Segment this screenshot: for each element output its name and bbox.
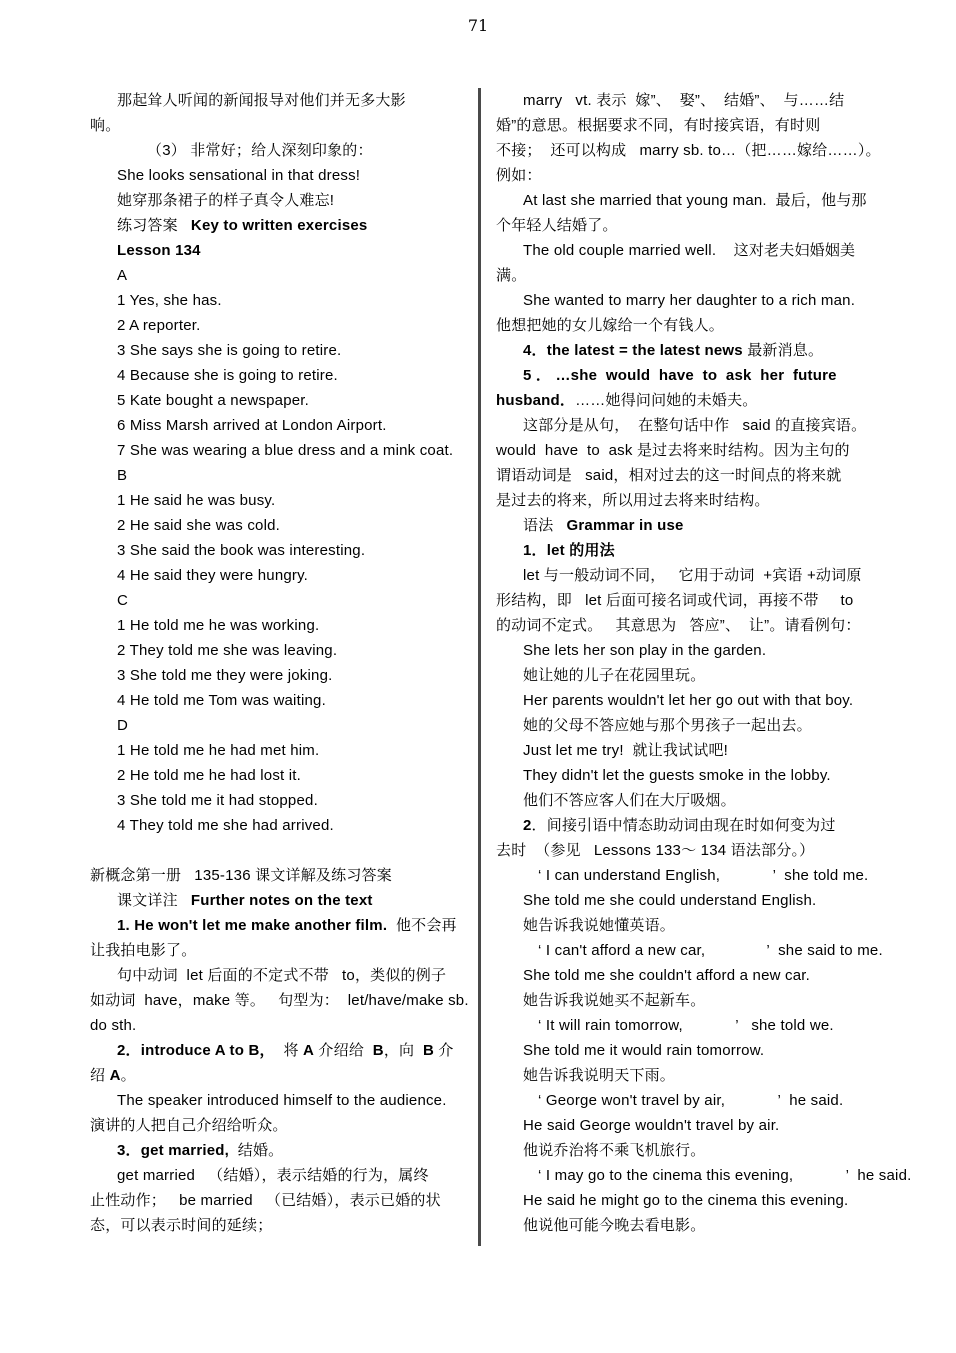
text-segment: 介绍给 [314, 1042, 373, 1059]
text-segment: 2 They told me she was leaving. [117, 642, 337, 659]
text-segment: let 与一般动词不同， 它用于动词 +宾语 +动词原 [523, 567, 862, 584]
text-segment: ，向 [384, 1042, 423, 1059]
text-segment-bold: 3．get married, [117, 1142, 229, 1159]
text-segment: 新概念第一册 135-136 课文详解及练习答案 [90, 867, 392, 884]
text-segment: 她让她的儿子在花园里玩。 [523, 667, 705, 684]
text-segment: 1 He said he was busy. [117, 492, 275, 509]
text-segment: 的动词不定式。 其意思为 答应”、 让”。请看例句： [496, 617, 861, 634]
text-segment: 去时 （参见 Lessons 133～ 134 语法部分。） [496, 842, 814, 859]
text-segment: 句中动词 let 后面的不定式不带 to，类似的例子 [117, 967, 446, 984]
text-segment: 1 Yes, she has. [117, 292, 222, 309]
text-line: 1. He won't let me make another film. 他不… [90, 913, 476, 938]
text-line: She wanted to marry her daughter to a ri… [496, 288, 946, 313]
text-segment-bold: Lesson 134 [117, 242, 201, 259]
text-segment: He said George wouldn't travel by air. [523, 1117, 779, 1134]
text-segment: 4 He told me Tom was waiting. [117, 692, 326, 709]
text-line: ‘ I can understand English, ’ she told m… [496, 863, 946, 888]
text-segment: 最新消息。 [743, 342, 823, 359]
text-segment: He said he might go to the cinema this e… [523, 1192, 848, 1209]
text-segment: 个年轻人结婚了。 [496, 217, 618, 234]
text-line: He said George wouldn't travel by air. [496, 1113, 946, 1138]
text-segment: get married （结婚），表示结婚的行为，属终 [117, 1167, 429, 1184]
text-line: 他想把她的女儿嫁给一个有钱人。 [496, 313, 946, 338]
text-line: 他说乔治将不乘飞机旅行。 [496, 1138, 946, 1163]
text-segment: ‘ I can't afford a new car, ’ she said t… [538, 942, 883, 959]
text-segment-bold: B [373, 1042, 384, 1059]
text-line: At last she married that young man. 最后，他… [496, 188, 946, 213]
text-line: ‘ It will rain tomorrow, ’ she told we. [496, 1013, 946, 1038]
text-line: 是过去的将来，所以用过去将来时结构。 [496, 488, 946, 513]
text-segment: 课文详注 [117, 892, 191, 909]
text-segment: 止性动作； be married （已结婚），表示已婚的状 [90, 1192, 441, 1209]
text-line: 2 He told me he had lost it. [90, 763, 476, 788]
text-line [90, 838, 476, 863]
text-line: 态，可以表示时间的延续； [90, 1213, 476, 1238]
page-content: 那起耸人听闻的新闻报导对他们并无多大影响。（3） 非常好；给人深刻印象的：She… [90, 88, 946, 1246]
text-segment: D [117, 717, 128, 734]
text-segment: 是过去的将来，所以用过去将来时结构。 [496, 492, 770, 509]
text-segment: 3 She told me they were joking. [117, 667, 332, 684]
text-line: The speaker introduced himself to the au… [90, 1088, 476, 1113]
text-segment: 他不会再 [387, 917, 457, 934]
text-segment: 她穿那条裙子的样子真令人难忘! [117, 192, 334, 209]
text-line: 止性动作； be married （已结婚），表示已婚的状 [90, 1188, 476, 1213]
text-segment: 这部分是从句， 在整句话中作 said 的直接宾语。 [523, 417, 866, 434]
text-segment: 她的父母不答应她与那个男孩子一起出去。 [523, 717, 812, 734]
text-line: 2 He said she was cold. [90, 513, 476, 538]
text-line: She told me she couldn't afford a new ca… [496, 963, 946, 988]
text-segment-bold: 2．introduce A to B， [117, 1042, 275, 1059]
text-line: 1 He told me he was working. [90, 613, 476, 638]
text-line: A [90, 263, 476, 288]
text-line: would have to ask 是过去将来时结构。因为主句的 [496, 438, 946, 463]
text-segment: 1 He told me he had met him. [117, 742, 319, 759]
text-line: She lets her son play in the garden. [496, 638, 946, 663]
text-segment: A [117, 267, 127, 284]
text-segment: C [117, 592, 128, 609]
text-line: 她告诉我说她懂英语。 [496, 913, 946, 938]
text-segment: 1 He told me he was working. [117, 617, 319, 634]
text-segment: 绍 [90, 1067, 110, 1084]
text-segment: do sth. [90, 1017, 136, 1034]
text-line: 6 Miss Marsh arrived at London Airport. [90, 413, 476, 438]
text-line: 1．let 的用法 [496, 538, 946, 563]
text-segment: 婚”的意思。根据要求不同，有时接宾语，有时则 [496, 117, 820, 134]
text-segment-bold: Further notes on the text [191, 892, 373, 909]
text-segment: would have to ask 是过去将来时结构。因为主句的 [496, 442, 850, 459]
text-line: 她让她的儿子在花园里玩。 [496, 663, 946, 688]
text-line: do sth. [90, 1013, 476, 1038]
text-line: 课文详注 Further notes on the text [90, 888, 476, 913]
text-line: 3 She told me they were joking. [90, 663, 476, 688]
text-segment: 3 She told me it had stopped. [117, 792, 318, 809]
text-segment: She told me it would rain tomorrow. [523, 1042, 764, 1059]
text-line: 例如： [496, 163, 946, 188]
text-line: get married （结婚），表示结婚的行为，属终 [90, 1163, 476, 1188]
text-segment: 满。 [496, 267, 526, 284]
text-line: 新概念第一册 135-136 课文详解及练习答案 [90, 863, 476, 888]
text-line: 她告诉我说她买不起新车。 [496, 988, 946, 1013]
text-segment: 4 He said they were hungry. [117, 567, 308, 584]
text-line: 1 He told me he had met him. [90, 738, 476, 763]
text-line: 他说他可能今晚去看电影。 [496, 1213, 946, 1238]
text-segment: 演讲的人把自己介绍给听众。 [90, 1117, 288, 1134]
text-line: She told me she could understand English… [496, 888, 946, 913]
text-line: 他们不答应客人们在大厅吸烟。 [496, 788, 946, 813]
text-segment-bold: 2 [523, 817, 532, 834]
text-line: 1 Yes, she has. [90, 288, 476, 313]
text-segment: 5 Kate bought a newspaper. [117, 392, 309, 409]
text-line: 5 Kate bought a newspaper. [90, 388, 476, 413]
text-line: 3 She said the book was interesting. [90, 538, 476, 563]
text-line: 绍 A。 [90, 1063, 476, 1088]
text-line: D [90, 713, 476, 738]
text-line: 2．introduce A to B， 将 A 介绍给 B，向 B 介 [90, 1038, 476, 1063]
text-line: 形结构，即 let 后面可接名词或代词，再接不带 to [496, 588, 946, 613]
text-segment: 结婚。 [229, 1142, 283, 1159]
text-line: Her parents wouldn't let her go out with… [496, 688, 946, 713]
text-line: Just let me try! 就让我试试吧! [496, 738, 946, 763]
text-line: 4 He told me Tom was waiting. [90, 688, 476, 713]
text-segment: ……她得问问她的未婚夫。 [575, 392, 757, 409]
text-segment: 他们不答应客人们在大厅吸烟。 [523, 792, 736, 809]
text-segment: They didn't let the guests smoke in the … [523, 767, 831, 784]
text-line: 她的父母不答应她与那个男孩子一起出去。 [496, 713, 946, 738]
text-line: 4 They told me she had arrived. [90, 813, 476, 838]
text-line: 2 They told me she was leaving. [90, 638, 476, 663]
text-line: He said he might go to the cinema this e… [496, 1188, 946, 1213]
text-segment: The old couple married well. 这对老夫妇婚姻美 [523, 242, 855, 259]
right-column: marry vt. 表示 嫁”、 娶”、 结婚”、 与……结婚”的意思。根据要求… [496, 88, 946, 1238]
text-line: 4 Because she is going to retire. [90, 363, 476, 388]
text-line: 谓语动词是 said，相对过去的这一时间点的将来就 [496, 463, 946, 488]
text-segment: 他说乔治将不乘飞机旅行。 [523, 1142, 705, 1159]
text-segment: 态，可以表示时间的延续； [90, 1217, 272, 1234]
text-segment: At last she married that young man. 最后，他… [523, 192, 867, 209]
text-line: 如动词 have，make 等。 句型为： let/have/make sb. [90, 988, 476, 1013]
text-segment: 谓语动词是 said，相对过去的这一时间点的将来就 [496, 467, 841, 484]
text-segment-bold: A [303, 1042, 314, 1059]
page-number: 71 [0, 16, 956, 35]
text-segment: Her parents wouldn't let her go out with… [523, 692, 853, 709]
text-line: 1 He said he was busy. [90, 488, 476, 513]
text-segment-bold: B [423, 1042, 434, 1059]
text-segment: 他说他可能今晚去看电影。 [523, 1217, 705, 1234]
text-segment: 那起耸人听闻的新闻报导对他们并无多大影 [117, 92, 406, 109]
column-divider [478, 88, 481, 1246]
text-segment: 她告诉我说她懂英语。 [523, 917, 675, 934]
text-segment: 她告诉我说她买不起新车。 [523, 992, 705, 1009]
left-column: 那起耸人听闻的新闻报导对他们并无多大影响。（3） 非常好；给人深刻印象的：She… [90, 88, 476, 1238]
text-line: 她告诉我说明天下雨。 [496, 1063, 946, 1088]
text-line: 让我拍电影了。 [90, 938, 476, 963]
text-segment: ‘ George won't travel by air, ’ he said. [538, 1092, 843, 1109]
text-line: 她穿那条裙子的样子真令人难忘! [90, 188, 476, 213]
text-segment: She looks sensational in that dress! [117, 167, 360, 184]
text-segment-bold: husband． [496, 392, 575, 409]
text-segment-bold: 4．the latest = the latest news [523, 342, 743, 359]
text-line: B [90, 463, 476, 488]
text-line: 那起耸人听闻的新闻报导对他们并无多大影 [90, 88, 476, 113]
text-line: 5 ． …she would have to ask her future [496, 363, 946, 388]
text-line: 的动词不定式。 其意思为 答应”、 让”。请看例句： [496, 613, 946, 638]
text-segment: She wanted to marry her daughter to a ri… [523, 292, 855, 309]
text-segment: 4 They told me she had arrived. [117, 817, 334, 834]
text-line: Lesson 134 [90, 238, 476, 263]
text-line: 响。 [90, 113, 476, 138]
text-line: 3 She told me it had stopped. [90, 788, 476, 813]
text-line: 句中动词 let 后面的不定式不带 to，类似的例子 [90, 963, 476, 988]
text-line: ‘ I can't afford a new car, ’ she said t… [496, 938, 946, 963]
text-segment: 练习答案 [117, 217, 191, 234]
text-segment: Just let me try! 就让我试试吧! [523, 742, 728, 759]
text-segment: marry vt. 表示 嫁”、 娶”、 结婚”、 与……结 [523, 92, 844, 109]
text-segment: 2 A reporter. [117, 317, 201, 334]
text-segment: 3 She said the book was interesting. [117, 542, 365, 559]
text-segment-bold: A [110, 1067, 121, 1084]
text-line: They didn't let the guests smoke in the … [496, 763, 946, 788]
text-segment: 让我拍电影了。 [90, 942, 196, 959]
text-segment: ‘ I may go to the cinema this evening, ’… [538, 1167, 912, 1184]
text-line: 3 She says she is going to retire. [90, 338, 476, 363]
text-line: 演讲的人把自己介绍给听众。 [90, 1113, 476, 1138]
text-line: marry vt. 表示 嫁”、 娶”、 结婚”、 与……结 [496, 88, 946, 113]
text-segment: 将 [275, 1042, 303, 1059]
text-segment: ．间接引语中情态助动词由现在时如何变为过 [532, 817, 836, 834]
text-segment-bold: Key to written exercises [191, 217, 368, 234]
text-segment: 4 Because she is going to retire. [117, 367, 338, 384]
text-segment: 介 [434, 1042, 454, 1059]
text-segment: She told me she couldn't afford a new ca… [523, 967, 810, 984]
text-line: 2．间接引语中情态助动词由现在时如何变为过 [496, 813, 946, 838]
text-line: C [90, 588, 476, 613]
text-segment: 他想把她的女儿嫁给一个有钱人。 [496, 317, 724, 334]
text-segment: 7 She was wearing a blue dress and a min… [117, 442, 453, 459]
text-segment: She lets her son play in the garden. [523, 642, 766, 659]
text-line: 2 A reporter. [90, 313, 476, 338]
text-segment: （3） 非常好；给人深刻印象的： [147, 142, 373, 159]
text-segment: 不接； 还可以构成 marry sb. to…（把……嫁给……）。 [496, 142, 881, 159]
text-segment-bold: Grammar in use [567, 517, 684, 534]
text-line: husband．……她得问问她的未婚夫。 [496, 388, 946, 413]
text-line: The old couple married well. 这对老夫妇婚姻美 [496, 238, 946, 263]
text-line: let 与一般动词不同， 它用于动词 +宾语 +动词原 [496, 563, 946, 588]
text-line: 3．get married, 结婚。 [90, 1138, 476, 1163]
text-segment-bold: 5 ． …she would have to ask her future [523, 367, 837, 384]
text-segment-bold: 1．let 的用法 [523, 542, 615, 559]
text-line: She looks sensational in that dress! [90, 163, 476, 188]
text-line: 个年轻人结婚了。 [496, 213, 946, 238]
text-line: 不接； 还可以构成 marry sb. to…（把……嫁给……）。 [496, 138, 946, 163]
text-line: 4．the latest = the latest news 最新消息。 [496, 338, 946, 363]
text-segment: She told me she could understand English… [523, 892, 816, 909]
text-segment: 响。 [90, 117, 120, 134]
text-segment: 语法 [523, 517, 567, 534]
text-line: She told me it would rain tomorrow. [496, 1038, 946, 1063]
text-segment: 。 [121, 1067, 136, 1084]
text-segment: 例如： [496, 167, 542, 184]
text-segment: 2 He said she was cold. [117, 517, 280, 534]
text-segment: ‘ I can understand English, ’ she told m… [538, 867, 868, 884]
text-segment: The speaker introduced himself to the au… [117, 1092, 447, 1109]
text-line: ‘ George won't travel by air, ’ he said. [496, 1088, 946, 1113]
text-segment: B [117, 467, 127, 484]
text-line: （3） 非常好；给人深刻印象的： [90, 138, 476, 163]
text-segment: 她告诉我说明天下雨。 [523, 1067, 675, 1084]
text-line: 婚”的意思。根据要求不同，有时接宾语，有时则 [496, 113, 946, 138]
text-segment: 3 She says she is going to retire. [117, 342, 341, 359]
text-segment-bold: 1. He won't let me make another film. [117, 917, 387, 934]
text-segment: 如动词 have，make 等。 句型为： let/have/make sb. [90, 992, 469, 1009]
text-segment: 2 He told me he had lost it. [117, 767, 301, 784]
text-line: 练习答案 Key to written exercises [90, 213, 476, 238]
text-line: ‘ I may go to the cinema this evening, ’… [496, 1163, 946, 1188]
text-line: 4 He said they were hungry. [90, 563, 476, 588]
text-line: 满。 [496, 263, 946, 288]
text-segment: 形结构，即 let 后面可接名词或代词，再接不带 to [496, 592, 853, 609]
text-segment: ‘ It will rain tomorrow, ’ she told we. [538, 1017, 834, 1034]
text-line: 7 She was wearing a blue dress and a min… [90, 438, 476, 463]
text-line: 这部分是从句， 在整句话中作 said 的直接宾语。 [496, 413, 946, 438]
text-segment: 6 Miss Marsh arrived at London Airport. [117, 417, 387, 434]
text-line: 去时 （参见 Lessons 133～ 134 语法部分。） [496, 838, 946, 863]
text-line: 语法 Grammar in use [496, 513, 946, 538]
